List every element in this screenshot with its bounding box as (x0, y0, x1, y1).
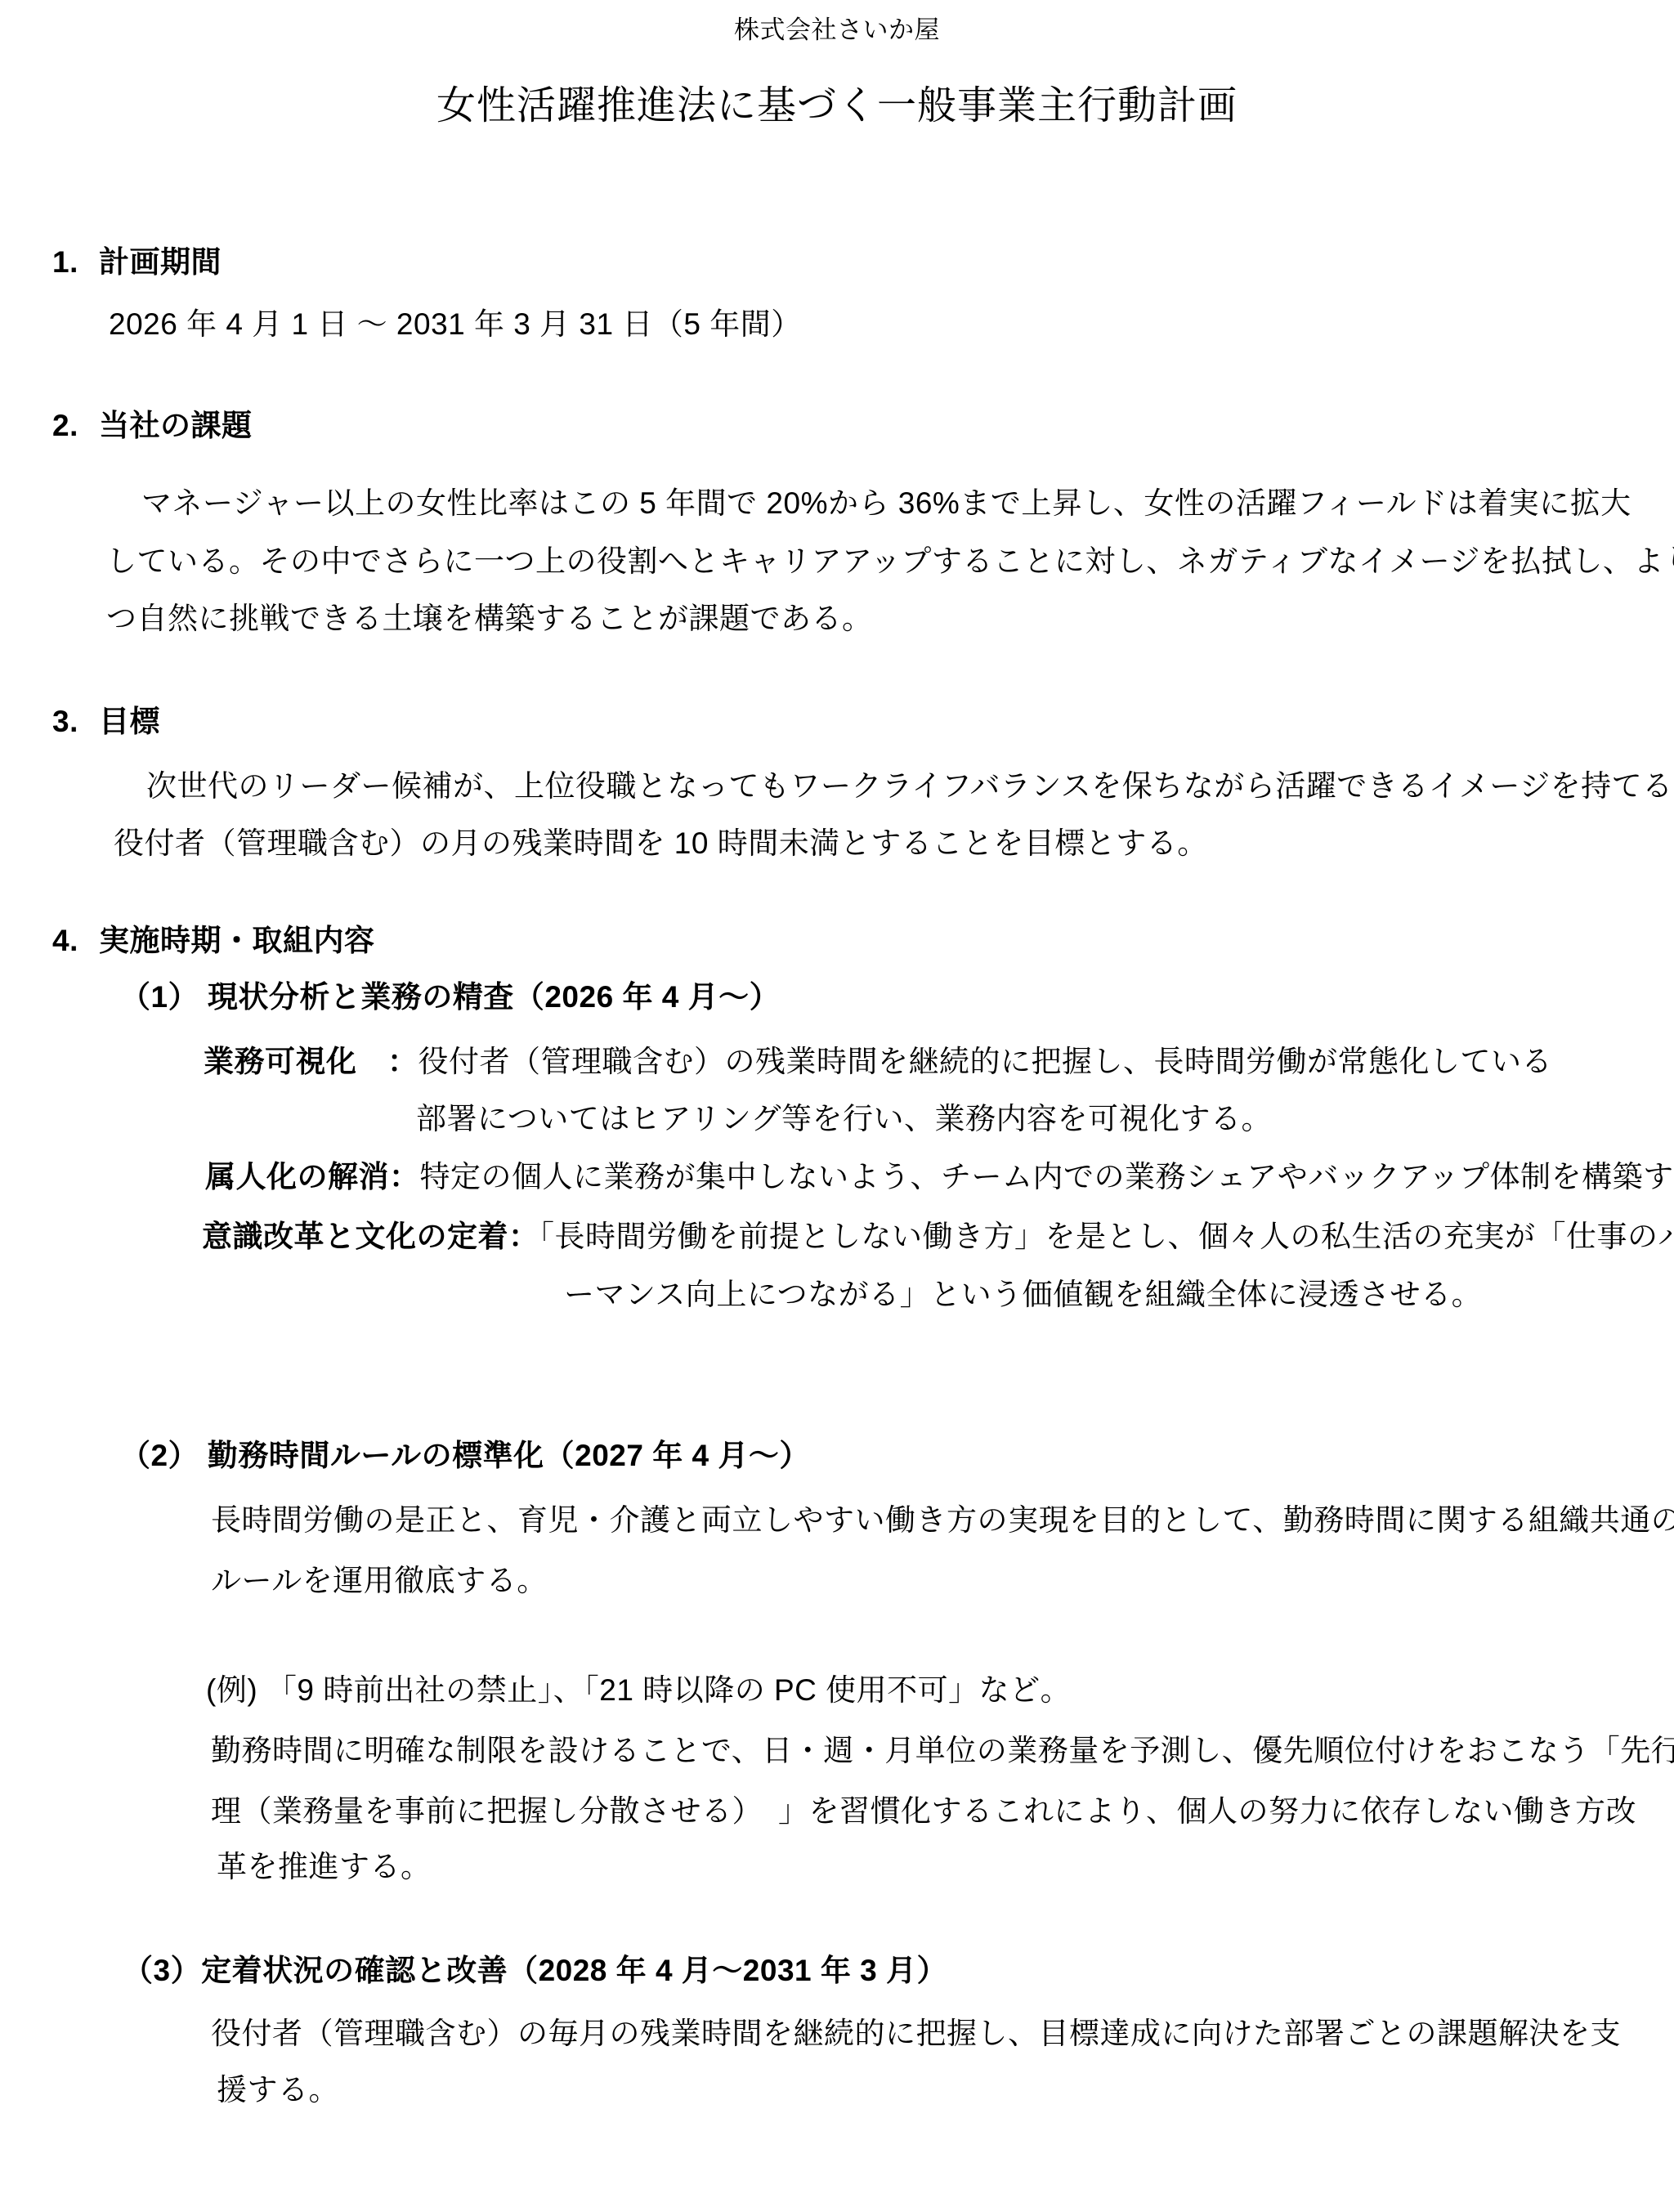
section-1-heading: 1.計画期間 (52, 244, 222, 281)
section-2-line-1: マネージャー以上の女性比率はこの 5 年間で 20%から 36%まで上昇し、女性… (141, 485, 1631, 522)
section-3-heading: 3.目標 (52, 703, 160, 741)
document-page: 株式会社さいか屋 女性活躍推進法に基づく一般事業主行動計画 1.計画期間 202… (0, 0, 1674, 2212)
initiative-culture: 意識改革と文化の定着：「長時間労働を前提としない働き方」を是とし、個々人の私生活… (202, 1218, 1674, 1256)
subsection-1-heading: （1） 現状分析と業務の精査（2026 年 4 月～） (120, 978, 780, 1016)
document-title: 女性活躍推進法に基づく一般事業主行動計画 (0, 82, 1674, 131)
section-1-title: 計画期間 (99, 245, 222, 279)
section-2-line-3: つ自然に挑戦できる土壌を構築することが課題である。 (106, 600, 873, 638)
initiative-culture-text: 「長時間労働を前提としない働き方」を是とし、個々人の私生活の充実が「仕事のパフォ (539, 1220, 1674, 1253)
initiative-visualization: 業務可視化 ：役付者（管理職含む）の残業時間を継続的に把握し、長時間労働が常態化… (204, 1043, 1552, 1081)
initiative-visualization-continuation: 部署についてはヒアリング等を行い、業務内容を可視化する。 (416, 1100, 1272, 1138)
initiative-culture-continuation: ーマンス向上につながる」という価値観を組織全体に浸透させる。 (564, 1276, 1482, 1314)
subsection-3-line-2: 援する。 (217, 2071, 339, 2109)
company-name: 株式会社さいか屋 (0, 15, 1674, 47)
section-2-number: 2. (52, 407, 99, 445)
initiative-deindividualization-label: 属人化の解消： (205, 1160, 420, 1193)
subsection-2-line-2: ルールを運用徹底する。 (211, 1562, 548, 1600)
section-3-number: 3. (52, 703, 99, 741)
subsection-3-heading: （3）定着状況の確認と改善（2028 年 4 月～2031 年 3 月） (123, 1952, 947, 1990)
initiative-deindividualization: 属人化の解消：特定の個人に業務が集中しないよう、チーム内での業務シェアやバックア… (205, 1158, 1674, 1196)
section-4-heading: 4.実施時期・取組内容 (52, 922, 375, 960)
subsection-2-line-4: 理（業務量を事前に把握し分散させる） 」を習慣化するこれにより、個人の努力に依存… (211, 1793, 1636, 1830)
section-2-line-2: している。その中でさらに一つ上の役割へとキャリアアップすることに対し、ネガティブ… (106, 543, 1674, 580)
section-2-heading: 2.当社の課題 (52, 407, 253, 445)
initiative-visualization-label: 業務可視化 ： (204, 1045, 418, 1078)
initiative-deindividualization-text: 特定の個人に業務が集中しないよう、チーム内での業務シェアやバックアップ体制を構築… (420, 1160, 1674, 1193)
initiative-visualization-text: 役付者（管理職含む）の残業時間を継続的に把握し、長時間労働が常態化している (418, 1045, 1553, 1078)
plan-period: 2026 年 4 月 1 日 ～ 2031 年 3 月 31 日（5 年間） (109, 306, 802, 343)
section-3-line-2: 役付者（管理職含む）の月の残業時間を 10 時間未満とすることを目標とする。 (114, 825, 1208, 862)
subsection-2-line-1: 長時間労働の是正と、育児・介護と両立しやすい働き方の実現を目的として、勤務時間に… (211, 1502, 1674, 1539)
section-4-number: 4. (52, 922, 99, 960)
subsection-3-line-1: 役付者（管理職含む）の毎月の残業時間を継続的に把握し、目標達成に向けた部署ごとの… (211, 2015, 1621, 2053)
initiative-culture-label: 意識改革と文化の定着： (202, 1220, 539, 1253)
subsection-2-line-5: 革を推進する。 (217, 1848, 432, 1886)
section-3-title: 目標 (99, 705, 160, 738)
subsection-2-line-3: 勤務時間に明確な制限を設けることで、日・週・月単位の業務量を予測し、優先順位付け… (211, 1732, 1674, 1770)
section-4-title: 実施時期・取組内容 (99, 924, 375, 957)
subsection-2-example: (例) 「9 時前出社の禁止」、「21 時以降の PC 使用不可」など。 (206, 1672, 1071, 1709)
subsection-2-heading: （2） 勤務時間ルールの標準化（2027 年 4 月～） (120, 1437, 810, 1475)
section-3-line-1: 次世代のリーダー候補が、上位役職となってもワークライフバランスを保ちながら活躍で… (146, 768, 1674, 805)
section-1-number: 1. (52, 244, 99, 281)
section-2-title: 当社の課題 (99, 409, 253, 442)
